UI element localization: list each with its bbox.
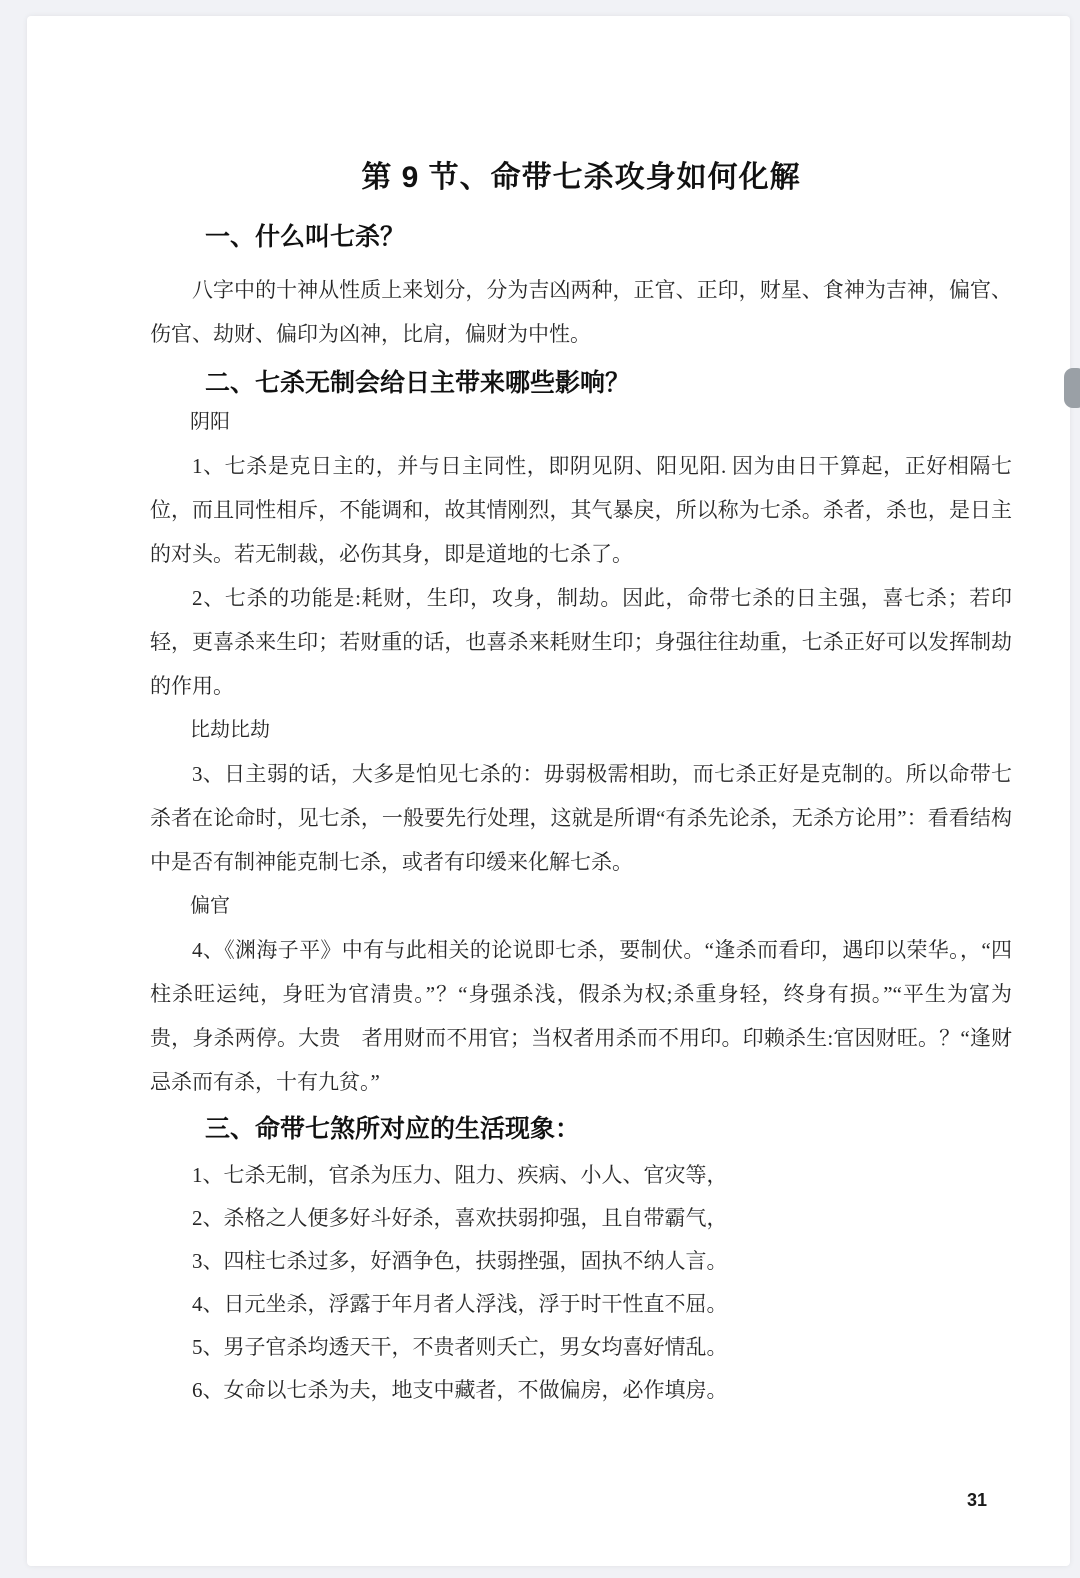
section3-heading: 三、命带七煞所对应的生活现象：: [205, 1112, 1012, 1146]
list-item: 4、日元坐杀，浮露于年月者人浮浅，浮于时干性直不屈。: [150, 1283, 1012, 1326]
viewport: 第 9 节、命带七杀攻身如何化解 一、什么叫七杀？ 八字中的十神从性质上来划分，…: [0, 0, 1080, 1578]
list-item: 5、男子官杀均透天干，不贵者则夭亡，男女均喜好情乱。: [150, 1326, 1012, 1369]
doc-title: 第 9 节、命带七杀攻身如何化解: [150, 158, 1012, 198]
list-item: 2、杀格之人便多好斗好杀，喜欢扶弱抑强，且自带霸气，: [150, 1197, 1012, 1240]
page-number: 31: [957, 1490, 997, 1511]
document-content: 第 9 节、命带七杀攻身如何化解 一、什么叫七杀？ 八字中的十神从性质上来划分，…: [27, 16, 1070, 1412]
section2-paragraph-1: 1、七杀是克日主的，并与日主同性，即阴见阴、阳见阳. 因为由日干算起，正好相隔七…: [150, 444, 1012, 576]
document-page: 第 9 节、命带七杀攻身如何化解 一、什么叫七杀？ 八字中的十神从性质上来划分，…: [27, 16, 1070, 1566]
scrollbar-thumb[interactable]: [1064, 368, 1080, 408]
section2-heading: 二、七杀无制会给日主带来哪些影响？: [205, 366, 1012, 400]
section1-heading: 一、什么叫七杀？: [205, 220, 1012, 254]
section3-list: 1、七杀无制，官杀为压力、阻力、疾病、小人、官灾等， 2、杀格之人便多好斗好杀，…: [150, 1154, 1012, 1412]
section2-paragraph-3: 3、日主弱的话，大多是怕见七杀的：毋弱极需相助，而七杀正好是克制的。所以命带七杀…: [150, 752, 1012, 884]
list-item: 1、七杀无制，官杀为压力、阻力、疾病、小人、官灾等，: [150, 1154, 1012, 1197]
list-item: 3、四柱七杀过多，好酒争色，扶弱挫强，固执不纳人言。: [150, 1240, 1012, 1283]
section2-subhead-pianguan: 偏官: [150, 884, 1012, 928]
section2-subhead-bijie: 比劫比劫: [150, 708, 1012, 752]
section2-subhead-yinyang: 阴阳: [150, 400, 1012, 444]
section1-paragraph: 八字中的十神从性质上来划分，分为吉凶两种，正官、正印，财星、食神为吉神，偏官、伤…: [150, 268, 1012, 356]
section2-paragraph-2: 2、七杀的功能是:耗财，生印，攻身，制劫。因此，命带七杀的日主强，喜七杀；若印轻…: [150, 576, 1012, 708]
list-item: 6、女命以七杀为夫，地支中藏者，不做偏房，必作填房。: [150, 1369, 1012, 1412]
section2-paragraph-4: 4、《渊海子平》中有与此相关的论说即七杀，要制伏。“逢杀而看印，遇印以荣华。，“…: [150, 928, 1012, 1104]
